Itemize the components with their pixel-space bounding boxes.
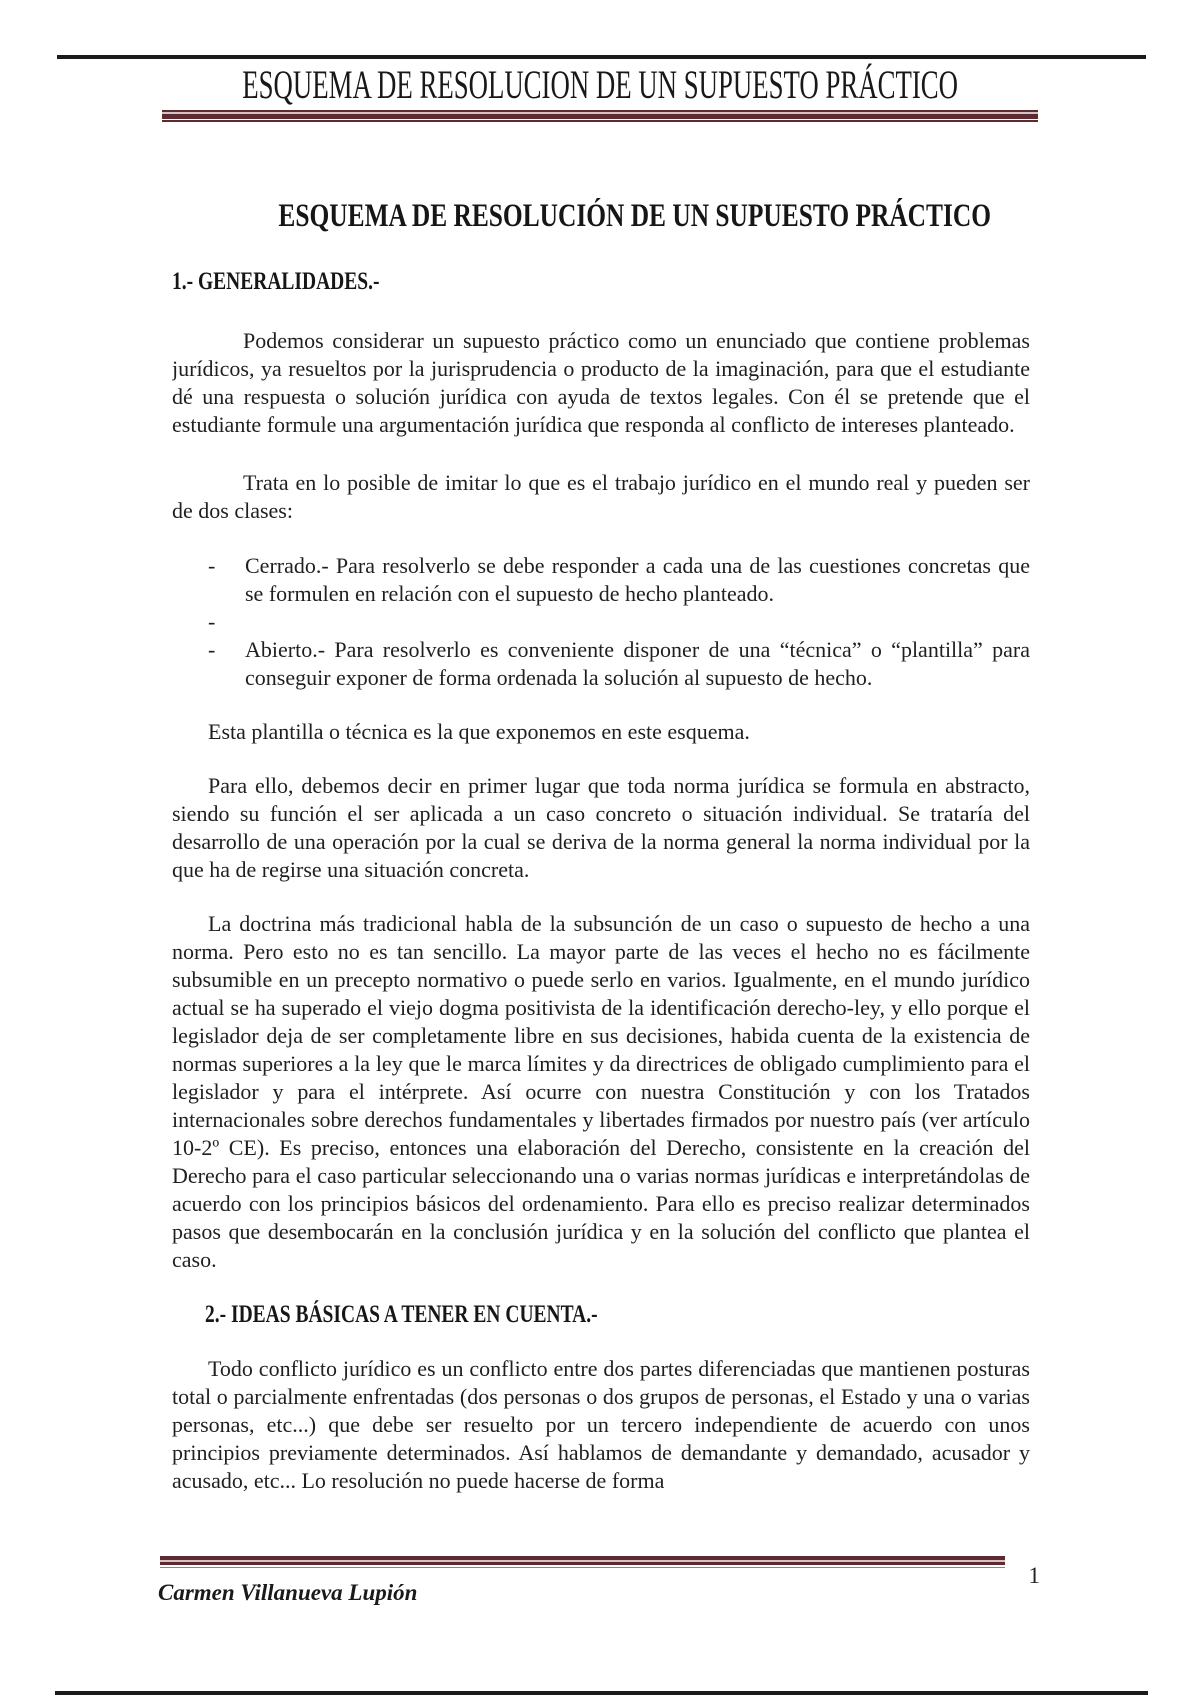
bullet-item-abierto: Abierto.- Para resolverlo es conveniente… xyxy=(245,636,1030,692)
page-header: ESQUEMA DE RESOLUCION DE UN SUPUESTO PRÁ… xyxy=(0,64,1200,106)
section-heading-ideas-basicas: 2.- IDEAS BÁSICAS A TENER EN CUENTA.- xyxy=(172,1300,1030,1330)
page-number: 1 xyxy=(1012,1563,1040,1589)
footer-double-rule xyxy=(160,1556,1005,1568)
paragraph-conflicto-juridico: Todo conflicto jurídico es un conflicto … xyxy=(172,1355,1030,1495)
section-heading-generalidades: 1.- GENERALIDADES.- xyxy=(172,267,1030,297)
bullet-item-cerrado: Cerrado.- Para resolverlo se debe respon… xyxy=(245,552,1030,608)
header-top-rule xyxy=(57,55,1146,59)
document-title: ESQUEMA DE RESOLUCIÓN DE UN SUPUESTO PRÁ… xyxy=(172,198,1030,237)
paragraph-dos-clases: Trata en lo posible de imitar lo que es … xyxy=(172,469,1030,525)
paragraph-doctrina: La doctrina más tradicional habla de la … xyxy=(172,910,1030,1274)
bullet-item-empty xyxy=(245,608,1030,636)
header-title: ESQUEMA DE RESOLUCION DE UN SUPUESTO PRÁ… xyxy=(242,64,958,106)
document-body: ESQUEMA DE RESOLUCIÓN DE UN SUPUESTO PRÁ… xyxy=(172,198,1030,1552)
bullet-list: Cerrado.- Para resolverlo se debe respon… xyxy=(172,552,1030,692)
paragraph-supuesto-practico: Podemos considerar un supuesto práctico … xyxy=(172,327,1030,439)
header-double-rule xyxy=(162,110,1038,122)
paragraph-norma-abstracto: Para ello, debemos decir en primer lugar… xyxy=(172,772,1030,884)
paragraph-plantilla: Esta plantilla o técnica es la que expon… xyxy=(172,718,1030,746)
document-page: ESQUEMA DE RESOLUCION DE UN SUPUESTO PRÁ… xyxy=(0,0,1200,1700)
footer-author: Carmen Villanueva Lupión xyxy=(158,1580,417,1606)
footer-bottom-rule xyxy=(55,1691,1148,1695)
